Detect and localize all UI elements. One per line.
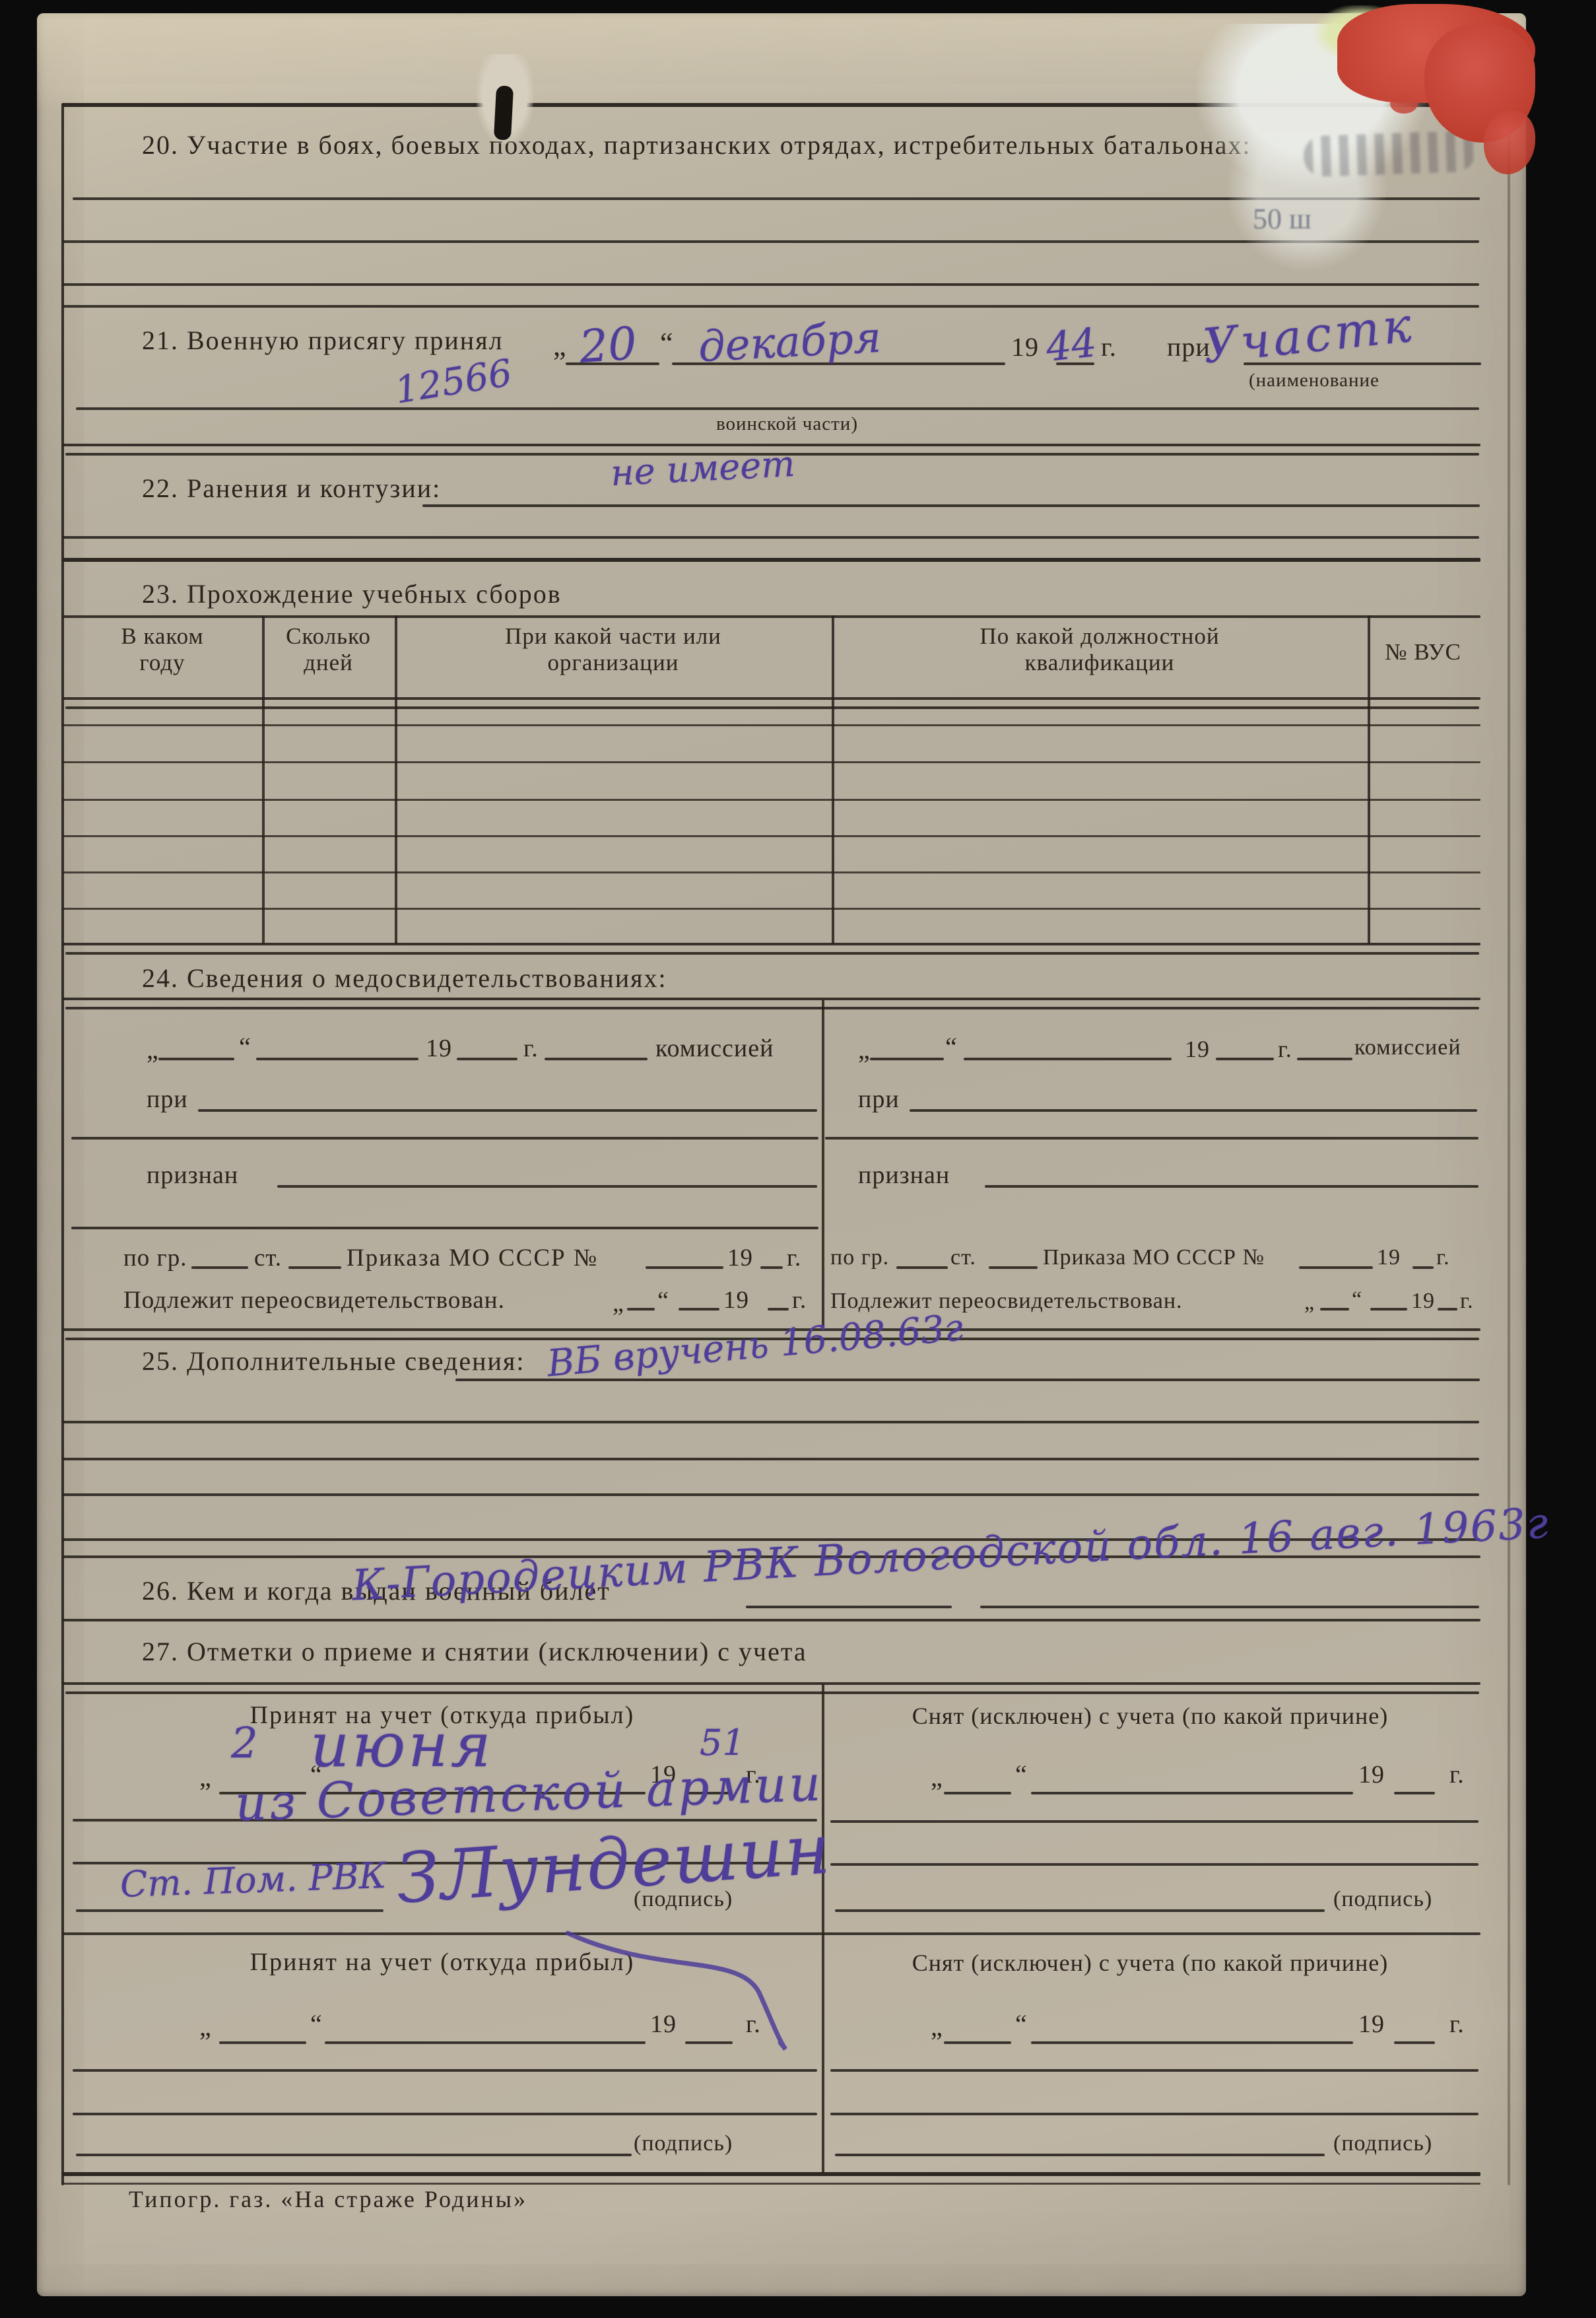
quote-close: “ (945, 1031, 958, 1062)
ruled-line (63, 1458, 1479, 1460)
ruled-line (76, 407, 1479, 410)
year-prefix: 19 (1358, 1760, 1385, 1789)
wounds-handwritten: не имеет (610, 443, 796, 494)
ruled-line (63, 908, 1480, 910)
oath-day-handwritten: 20 (578, 318, 638, 374)
ruled-line (985, 1185, 1479, 1188)
reexam-label: Подлежит переосвидетельствован. (123, 1286, 505, 1314)
ruled-line (76, 1909, 383, 1912)
ruled-line (219, 2041, 306, 2044)
year-prefix: 19 (1011, 331, 1039, 362)
scanned-military-document: 20. Участие в боях, боевых походах, парт… (0, 0, 1596, 2318)
year-suffix: г. (792, 1286, 807, 1314)
ruled-line (545, 1058, 648, 1060)
ruled-line (646, 1266, 723, 1269)
ruled-line (63, 103, 1512, 107)
ruled-line (63, 761, 1480, 763)
oath-month-handwritten: декабря (697, 314, 882, 372)
ruled-line (1320, 1308, 1349, 1311)
table-header-unit: При какой части или организации (395, 623, 832, 676)
item25-label: 25. Дополнительные сведения: (142, 1346, 525, 1377)
year-prefix: 19 (727, 1244, 753, 1272)
podpis-label: (подпись) (634, 2131, 733, 2156)
priznan-label: признан (147, 1161, 238, 1190)
pri-label: при (147, 1085, 188, 1114)
ruled-line (158, 1058, 234, 1060)
po-gr-label: по гр. (830, 1245, 889, 1270)
ruled-line (63, 1682, 1480, 1685)
podpis-label: (подпись) (1333, 2131, 1432, 2156)
ruled-line (679, 1308, 719, 1311)
ruled-line (830, 2113, 1479, 2115)
ruled-line (830, 1863, 1479, 1866)
ruled-line (63, 998, 1480, 1000)
ruled-line (1394, 1792, 1435, 1794)
quote-open: „ (199, 2011, 212, 2042)
item20-label: 20. Участие в боях, боевых походах, парт… (142, 129, 1251, 160)
year-suffix: г. (787, 1244, 801, 1272)
additional-info-handwritten: ВБ вручень 16.08.63г (545, 1307, 964, 1386)
item21-caption-naimenovanie: (наименование (1249, 370, 1380, 392)
ruled-line (63, 1619, 1480, 1621)
ruled-line (288, 1266, 341, 1269)
priznan-label: признан (858, 1161, 950, 1190)
ruled-line (63, 240, 1479, 243)
ruled-line (896, 1266, 948, 1269)
commission-label: комиссией (1354, 1035, 1461, 1060)
ruled-line (980, 1606, 1479, 1608)
table-header-vus: № ВУС (1368, 639, 1479, 665)
ruled-line (63, 943, 1480, 945)
quote-close: “ (239, 1031, 251, 1062)
quote-open: „ (613, 1289, 624, 1318)
year-suffix: г. (523, 1034, 539, 1063)
ruled-line (71, 1227, 818, 1229)
ruled-line (870, 1058, 944, 1060)
ruled-line (63, 536, 1479, 539)
ruled-line (63, 2172, 1480, 2176)
quote-close: “ (1015, 2008, 1028, 2039)
year-suffix: г. (1449, 1760, 1465, 1789)
ruled-line (830, 1820, 1479, 1823)
item27-label: 27. Отметки о приеме и снятии (исключени… (142, 1636, 807, 1667)
reexam-label: Подлежит переосвидетельствован. (830, 1289, 1183, 1314)
ruled-line (63, 835, 1480, 837)
vertical-line (61, 103, 64, 2185)
unit-number-handwritten: 12566 (392, 351, 515, 412)
po-gr-label: по гр. (123, 1244, 187, 1272)
year-suffix: г. (1278, 1035, 1292, 1063)
quote-close: “ (310, 2008, 323, 2039)
signature-handwritten: ЗЛундешин (394, 1808, 834, 1919)
ruled-line (1297, 1058, 1352, 1060)
ruled-line (1394, 2041, 1435, 2044)
ruled-line (63, 283, 1479, 286)
ruled-line (1438, 1308, 1457, 1311)
ruled-line (1216, 1058, 1274, 1060)
quote-open: „ (1304, 1290, 1315, 1315)
quote-open: „ (858, 1034, 871, 1065)
ruled-line (71, 1137, 818, 1140)
ruled-line (73, 2113, 817, 2115)
signature-flourish-stroke (541, 1915, 818, 2066)
item21-label: 21. Военную присягу принял (142, 325, 504, 356)
year-suffix: г. (1436, 1245, 1450, 1270)
ruled-line (964, 1058, 1172, 1060)
ruled-line (944, 1792, 1011, 1794)
remove-header: Снят (исключен) с учета (по какой причин… (822, 1949, 1479, 1977)
ruled-line (627, 1308, 655, 1311)
ruled-line (63, 305, 1479, 308)
year-prefix: 19 (426, 1034, 452, 1063)
ruled-line (760, 1266, 783, 1269)
printer-imprint: Типогр. газ. «На страже Родины» (129, 2185, 527, 2213)
ruled-line (1299, 1266, 1373, 1269)
quote-close: “ (660, 326, 674, 360)
ruled-line (63, 799, 1480, 801)
ruled-line (277, 1185, 817, 1188)
ruled-line (63, 697, 1480, 700)
ruled-line (910, 1109, 1477, 1112)
ruled-line (768, 1308, 789, 1311)
ruled-line (63, 1493, 1479, 1496)
year-prefix: 19 (1185, 1035, 1210, 1063)
pri-label: при (858, 1085, 900, 1114)
year-suffix: г. (1449, 2010, 1465, 2039)
year-prefix: 19 (1377, 1245, 1401, 1270)
oath-year-handwritten: 44 (1044, 320, 1099, 371)
issued-by-handwritten: К-Городецким РВК Вологодской обл. 16 авг… (350, 1499, 1550, 1611)
quote-open: „ (931, 1761, 943, 1792)
ruled-line (1370, 1308, 1407, 1311)
accept-day-handwritten: 2 (231, 1719, 258, 1768)
ruled-line (63, 558, 1480, 562)
year-prefix: 19 (1358, 2010, 1385, 2039)
table-header-year: В каком году (63, 623, 262, 676)
item22-label: 22. Ранения и контузии: (142, 473, 441, 504)
prikaz-label: Приказа МО СССР № (1043, 1245, 1265, 1270)
year-prefix: 19 (1411, 1289, 1435, 1314)
ruled-line (63, 724, 1480, 726)
ruled-line (825, 1137, 1479, 1140)
ruled-line (63, 871, 1480, 873)
prikaz-label: Приказа МО СССР № (347, 1244, 598, 1272)
quote-close: “ (1015, 1759, 1028, 1790)
st-label: ст. (950, 1245, 976, 1270)
ruled-line (1031, 1792, 1353, 1794)
vertical-line (822, 1000, 824, 1330)
ruled-line (63, 1421, 1479, 1423)
vertical-line (1508, 103, 1510, 2185)
ruled-line (63, 2183, 1480, 2185)
item23-label: 23. Прохождение учебных сборов (142, 578, 562, 609)
accept-year-handwritten: 51 (700, 1722, 745, 1763)
remove-header: Снят (исключен) с учета (по какой причин… (822, 1702, 1479, 1730)
st-label: ст. (254, 1244, 282, 1272)
podpis-label: (подпись) (1333, 1887, 1432, 1912)
ruled-line (63, 615, 1480, 618)
ruled-line (1413, 1266, 1434, 1269)
ruled-line (1031, 2041, 1353, 2044)
year-suffix: г. (1101, 331, 1117, 362)
ruled-line (835, 2154, 1325, 2156)
ruled-line (198, 1109, 817, 1112)
ruled-line (76, 2154, 632, 2156)
quote-open: „ (147, 1034, 159, 1065)
commission-label: комиссией (655, 1034, 774, 1063)
form-content: 20. Участие в боях, боевых походах, парт… (0, 0, 1596, 2318)
quote-open: „ (931, 2011, 943, 2042)
ruled-line (830, 2069, 1479, 2072)
ruled-line (256, 1058, 418, 1060)
ruled-line (989, 1266, 1038, 1269)
year-suffix: г. (1460, 1289, 1474, 1314)
quote-open: „ (553, 329, 567, 362)
ruled-line (422, 504, 1480, 507)
official-title-handwritten: Ст. Пом. РВК (119, 1855, 387, 1905)
item21-caption-voinskoy-chasti: воинской части) (716, 413, 858, 435)
table-header-days: Сколько дней (262, 623, 395, 676)
ruled-line (73, 197, 1480, 200)
quote-close: “ (1352, 1287, 1362, 1312)
year-prefix: 19 (723, 1286, 749, 1314)
item24-label: 24. Сведения о медосвидетельствованиях: (142, 963, 667, 994)
ruled-line (746, 1606, 952, 1608)
ghost-offset-text: 50 ш (1253, 202, 1312, 236)
table-header-qualification: По какой должностной квалификации (832, 623, 1368, 676)
ruled-line (835, 1909, 1325, 1912)
ruled-line (457, 1058, 517, 1060)
ruled-line (191, 1266, 248, 1269)
quote-close: “ (657, 1286, 669, 1315)
quote-open: „ (199, 1761, 212, 1792)
ruled-line (73, 2069, 817, 2072)
ruled-line (944, 2041, 1011, 2044)
